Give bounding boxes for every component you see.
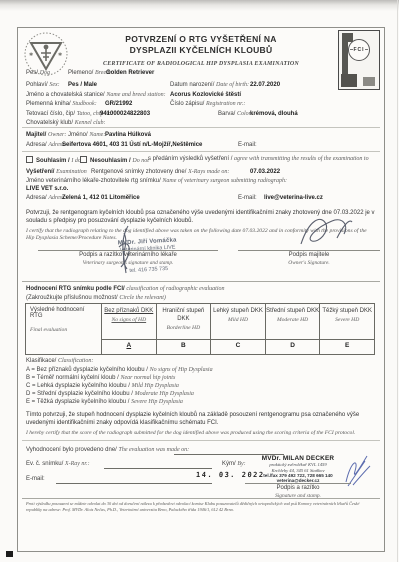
grade-c-label-cz: Lehký stupeň DKK (213, 308, 263, 314)
grade-d-label-cz: Střední stupeň DKK (266, 308, 319, 314)
dog-name-value: Acorus Kozlovické štěstí (170, 92, 241, 99)
svg-text:✱: ✱ (58, 52, 62, 58)
consent-text: s předáním výsledků vyšetření / agree wi… (148, 156, 369, 163)
grade-option-e[interactable]: Těžký stupeň DKKSevere HD E (319, 304, 374, 354)
vet-name-value: LIVE VET s.r.o. (26, 186, 68, 193)
title-line-2: DYSPLAZII KYČELNÍCH KLOUBŮ (78, 45, 324, 56)
vet-name-label: Jméno veterinárního lékaře-zhotovitele r… (26, 178, 287, 185)
evaluation-row-label-cz: Výsledné hodnocení RTG (30, 307, 84, 319)
title-line-1: POTVRZENÍ O RTG VYŠETŘENÍ NA (78, 34, 324, 45)
scan-edge-shadow (0, 0, 399, 11)
evaluation-heading: Hodnocení RTG snímku podle FCI/ classifi… (26, 286, 225, 293)
scanned-certificate-page: ✱ ✱ POTVRZENÍ O RTG VYŠETŘENÍ NA DYSPLAZ… (0, 0, 399, 562)
grade-option-d[interactable]: Střední stupeň DKKModerate HD D (265, 304, 320, 354)
owner-label: Majitel/ Owner: (26, 132, 66, 139)
disagree-label: Nesouhlasím / Do not (90, 158, 149, 164)
sex-label: Pohlaví/ Sex: (26, 82, 60, 89)
owner-name-value: Pavlína Húlková (105, 132, 151, 139)
owner-signature-line (238, 250, 380, 251)
vet-signature-line (38, 250, 218, 251)
examination-section-label: Vyšetření/ Examination (26, 169, 87, 176)
class-e-en: Severe Hip Dysplasia (131, 399, 183, 405)
vet-signature-label-cz: Podpis a razítko veterinárního lékaře (38, 252, 218, 258)
grade-c-letter: C (211, 339, 265, 354)
row-species-breed: Pes/ Dog Plemeno/ Breed: Golden Retrieve… (26, 70, 378, 79)
tattoo-value: 941000024822803 (100, 111, 150, 118)
disagree-option: Nesouhlasím / Do not (80, 156, 149, 165)
scan-artifact-square (6, 551, 13, 557)
xray-number-blank (104, 460, 212, 469)
xray-number-label: Ev. č. snímku/ X-Ray nr.: (26, 461, 90, 468)
divider (22, 127, 380, 128)
grade-d-label-en: Moderate HD (266, 317, 320, 325)
grade-a-label-cz: Bez příznaků DKK (104, 308, 153, 314)
row-sex-birth: Pohlaví/ Sex: Pes / Male Datum narození/… (26, 82, 378, 91)
evaluator-signature-line (245, 483, 351, 484)
evaluation-row-label: Výsledné hodnocení RTG Final evaluation (26, 304, 101, 354)
grade-e-letter: E (320, 339, 374, 354)
row-evaluation-heading: Hodnocení RTG snímku podle FCI/ classifi… (26, 286, 378, 295)
evaluation-table: Výsledné hodnocení RTG Final evaluation … (25, 303, 375, 355)
class-b-cz: B = Téměř normální kyčelní kloub / (26, 375, 119, 381)
owner-signature (295, 212, 355, 252)
class-a-cz: A = Bez příznaků dysplazie kyčelního klo… (26, 367, 148, 373)
grade-b-label-cz: Hraniční stupeň DKK (162, 308, 204, 322)
document-title: POTVRZENÍ O RTG VYŠETŘENÍ NA DYSPLAZII K… (78, 34, 324, 55)
grade-a-label-en: No signs of HD (102, 317, 156, 325)
vet-email-value: live@veterina-live.cz (264, 195, 323, 202)
xray-date-value: 07.03.2022 (250, 169, 280, 176)
classification-item: E = Těžká dysplazie kyčelního kloubu / S… (26, 399, 378, 408)
row-dog-name: Jméno a chovatelská stanice/ Name and br… (26, 92, 378, 101)
grade-e-label-en: Severe HD (320, 317, 374, 325)
class-c-en: Mild Hip Dysplasia (132, 383, 179, 389)
fci-globe-icon: FCI (348, 39, 370, 61)
row-vet-name: LIVE VET s.r.o. (26, 186, 378, 195)
vet-address-value: Zelená 1, 412 01 Litoměřice (62, 195, 140, 202)
species-label: Pes/ Dog (26, 70, 50, 77)
grade-b-label-en: Borderline HD (157, 325, 211, 333)
certify2-english: I hereby certify that the score of the r… (26, 430, 376, 437)
owner-address-value: Seifertova 4601, 403 31 Ústí n/L-Mojžíř,… (62, 142, 202, 149)
studbook-value: GR/21992 (105, 101, 132, 108)
divider (22, 281, 380, 282)
row-consent: Souhlasím / I do Nesouhlasím / Do not s … (26, 156, 378, 165)
certify2-czech: Tímto potvrzuji, že stupeň hodnocení dys… (26, 412, 376, 428)
document-title-block: POTVRZENÍ O RTG VYŠETŘENÍ NA DYSPLAZII K… (78, 34, 324, 67)
breed-value: Golden Retriever (106, 70, 154, 77)
class-e-cz: E = Těžká dysplazie kyčelního kloubu / (26, 399, 129, 405)
class-d-en: Moderate Hip Dysplasia (135, 391, 194, 397)
color-value: krémová, dlouhá (250, 111, 298, 118)
owner-signature-label-cz: Podpis majitele (238, 252, 380, 258)
owner-name-label: Jméno/ Name: (68, 132, 105, 139)
grade-a-letter: A (102, 339, 156, 354)
agree-checkbox[interactable] (26, 156, 33, 163)
evaluation-date-label: Vyhodnocení bylo provedeno dne/ The eval… (26, 447, 189, 454)
evaluation-row-label-en: Final evaluation (30, 327, 97, 333)
vet-signature-label-en: Veterinary surgeon's signature and stamp… (38, 260, 218, 266)
document-subtitle: CERTIFICATE OF RADIOLOGICAL HIP DYSPLASI… (78, 61, 324, 67)
xray-date-label: Rentgenové snímky zhotoveny dne/ X-Rays … (91, 169, 229, 176)
row-classification-heading: Klasifikace/ Classification: (26, 358, 378, 367)
class-d-cz: D = Střední dysplazie kyčelního kloubu / (26, 391, 133, 397)
studbook-label: Plemenná kniha/ Studbook: (26, 101, 97, 108)
divider (22, 440, 380, 441)
color-label: Barva/ Color: (218, 111, 253, 118)
grade-option-c[interactable]: Lehký stupeň DKKMild HD C (210, 304, 265, 354)
grade-c-label-en: Mild HD (211, 317, 265, 325)
owner-email-label: E-mail: (238, 142, 257, 149)
class-b-en: Near normal hip joints (120, 375, 175, 381)
vet-address-label: Adresa/ Adress: (26, 195, 66, 202)
classification-heading: Klasifikace/ Classification: (26, 358, 93, 365)
row-examination: Vyšetření/ Examination Rentgenové snímky… (26, 169, 378, 178)
grade-option-b[interactable]: Hraniční stupeň DKKBorderline HD B (156, 304, 211, 354)
vet-email-label: E-mail: (238, 195, 257, 202)
class-a-en: No signs of Hip Dysplasia (150, 367, 213, 373)
divider (22, 498, 380, 499)
row-studbook: Plemenná kniha/ Studbook: GR/21992 Číslo… (26, 101, 378, 110)
disagree-checkbox[interactable] (80, 156, 87, 163)
grade-d-letter: D (266, 339, 320, 354)
agree-option: Souhlasím / I do (26, 156, 81, 165)
birth-label: Datum narození/ Date of birth: (170, 82, 249, 89)
birth-value: 22.07.2020 (250, 82, 280, 89)
breed-label: Plemeno/ Breed: (68, 70, 111, 77)
owner-signature-label-en: Owner's Signature. (238, 260, 380, 266)
row-owner-address: Adresa/ Adress: Seifertova 4601, 403 31 … (26, 142, 378, 151)
fci-logo: FCI (338, 30, 380, 90)
sex-value: Pes / Male (68, 82, 97, 89)
fci-text: FCI (353, 47, 364, 53)
grade-b-letter: B (157, 339, 211, 354)
evaluator-sign-label-cz: Podpis a razítko (236, 485, 360, 491)
svg-text:✱: ✱ (29, 52, 33, 58)
dog-name-label: Jméno a chovatelská stanice/ Name and br… (26, 92, 166, 99)
class-c-cz: C = Lehká dysplazie kyčelního kloubu / (26, 383, 130, 389)
row-owner: Majitel/ Owner: Jméno/ Name: Pavlína Húl… (26, 132, 378, 141)
appeal-footnote: Proti výsledku posouzení se můžete odvol… (26, 501, 376, 513)
evaluation-date-blank (174, 446, 284, 455)
owner-address-label: Adresa/ Adress: (26, 142, 66, 149)
agree-label: Souhlasím / I do (36, 158, 81, 164)
result-email-blank (56, 475, 212, 484)
grade-option-a[interactable]: Bez příznaků DKKNo signs of HD A (101, 304, 156, 354)
result-email-label: E-mail: (26, 476, 45, 483)
certificate-document: ✱ ✱ POTVRZENÍ O RTG VYŠETŘENÍ NA DYSPLAZ… (17, 27, 385, 552)
grade-e-label-cz: Těžký stupeň DKK (322, 308, 372, 314)
row-tattoo-color: Tetovací číslo, čip/ Tatoo, chip nr.: 94… (26, 111, 378, 120)
evaluation-instruction: (Zakroužkujte příslušnou možnost/ Circle… (26, 295, 166, 302)
scan-edge-line (397, 0, 398, 562)
registration-label: Číslo zápisu/ Registration nr.: (170, 101, 245, 108)
row-vet-address: Adresa/ Adress: Zelená 1, 412 01 Litoměř… (26, 195, 378, 204)
divider (22, 151, 380, 152)
